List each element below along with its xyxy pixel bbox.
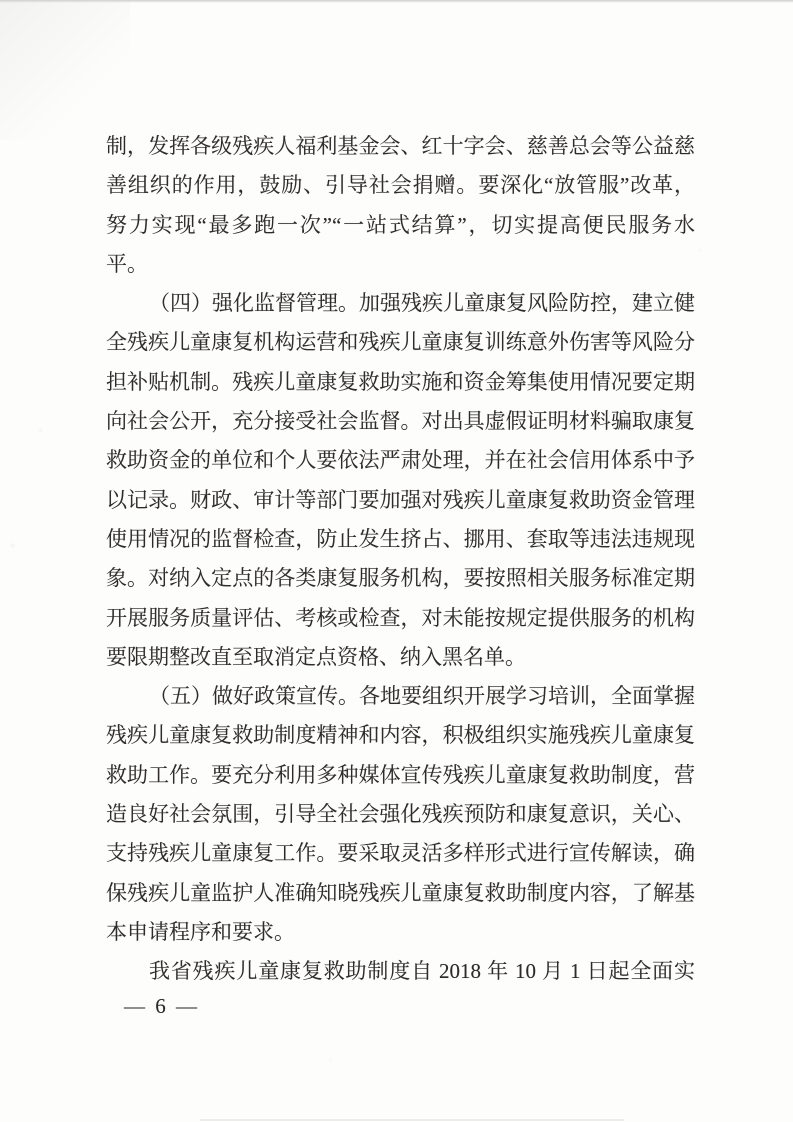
text-line: 向社会公开，充分接受社会监督。对出具虚假证明材料骗取康复 xyxy=(106,402,695,441)
text-line: 使用情况的监督检查，防止发生挤占、挪用、套取等违法违规现 xyxy=(106,520,695,559)
text-line: 造良好社会氛围，引导全社会强化残疾预防和康复意识，关心、 xyxy=(106,795,695,834)
text-line: 残疾儿童康复救助制度精神和内容，积极组织实施残疾儿童康复 xyxy=(106,716,695,755)
scan-artifact-top-edge xyxy=(0,0,793,3)
text-line: 我省残疾儿童康复救助制度自 2018 年 10 月 1 日起全面实 xyxy=(106,952,695,991)
text-line: 努力实现“最多跑一次”“一站式结算”，切实提高便民服务水 xyxy=(106,206,695,245)
text-line: 担补贴机制。残疾儿童康复救助实施和资金筹集使用情况要定期 xyxy=(106,363,695,402)
page-number: — 6 — xyxy=(124,993,197,1019)
scan-shading-top-left xyxy=(0,0,130,140)
text-line: 保残疾儿童监护人准确知晓残疾儿童康复救助制度内容，了解基 xyxy=(106,874,695,913)
text-line: 象。对纳入定点的各类康复服务机构，要按照相关服务标准定期 xyxy=(106,559,695,598)
text-line: 要限期整改直至取消定点资格、纳入黑名单。 xyxy=(106,638,695,677)
scan-noise-specks xyxy=(0,0,1,1)
text-line: 平。 xyxy=(106,245,695,284)
text-line: 救助工作。要充分利用多种媒体宣传残疾儿童康复救助制度，营 xyxy=(106,756,695,795)
text-line: 开展服务质量评估、考核或检查，对未能按规定提供服务的机构 xyxy=(106,599,695,638)
text-line: 善组织的作用，鼓励、引导社会捐赠。要深化“放管服”改革， xyxy=(106,166,695,205)
text-line: 本申请程序和要求。 xyxy=(106,913,695,952)
document-body: 制，发挥各级残疾人福利基金会、红十字会、慈善总会等公益慈善组织的作用，鼓励、引导… xyxy=(106,127,695,992)
text-line: （五）做好政策宣传。各地要组织开展学习培训，全面掌握 xyxy=(106,677,695,716)
scan-artifact-bottom-line xyxy=(200,1119,624,1121)
text-line: 制，发挥各级残疾人福利基金会、红十字会、慈善总会等公益慈 xyxy=(106,127,695,166)
text-line: （四）强化监督管理。加强残疾儿童康复风险防控，建立健 xyxy=(106,284,695,323)
document-page: 制，发挥各级残疾人福利基金会、红十字会、慈善总会等公益慈善组织的作用，鼓励、引导… xyxy=(0,0,793,1122)
text-line: 支持残疾儿童康复工作。要采取灵活多样形式进行宣传解读，确 xyxy=(106,834,695,873)
text-line: 救助资金的单位和个人要依法严肃处理，并在社会信用体系中予 xyxy=(106,441,695,480)
text-line: 全残疾儿童康复机构运营和残疾儿童康复训练意外伤害等风险分 xyxy=(106,323,695,362)
text-line: 以记录。财政、审计等部门要加强对残疾儿童康复救助资金管理 xyxy=(106,481,695,520)
